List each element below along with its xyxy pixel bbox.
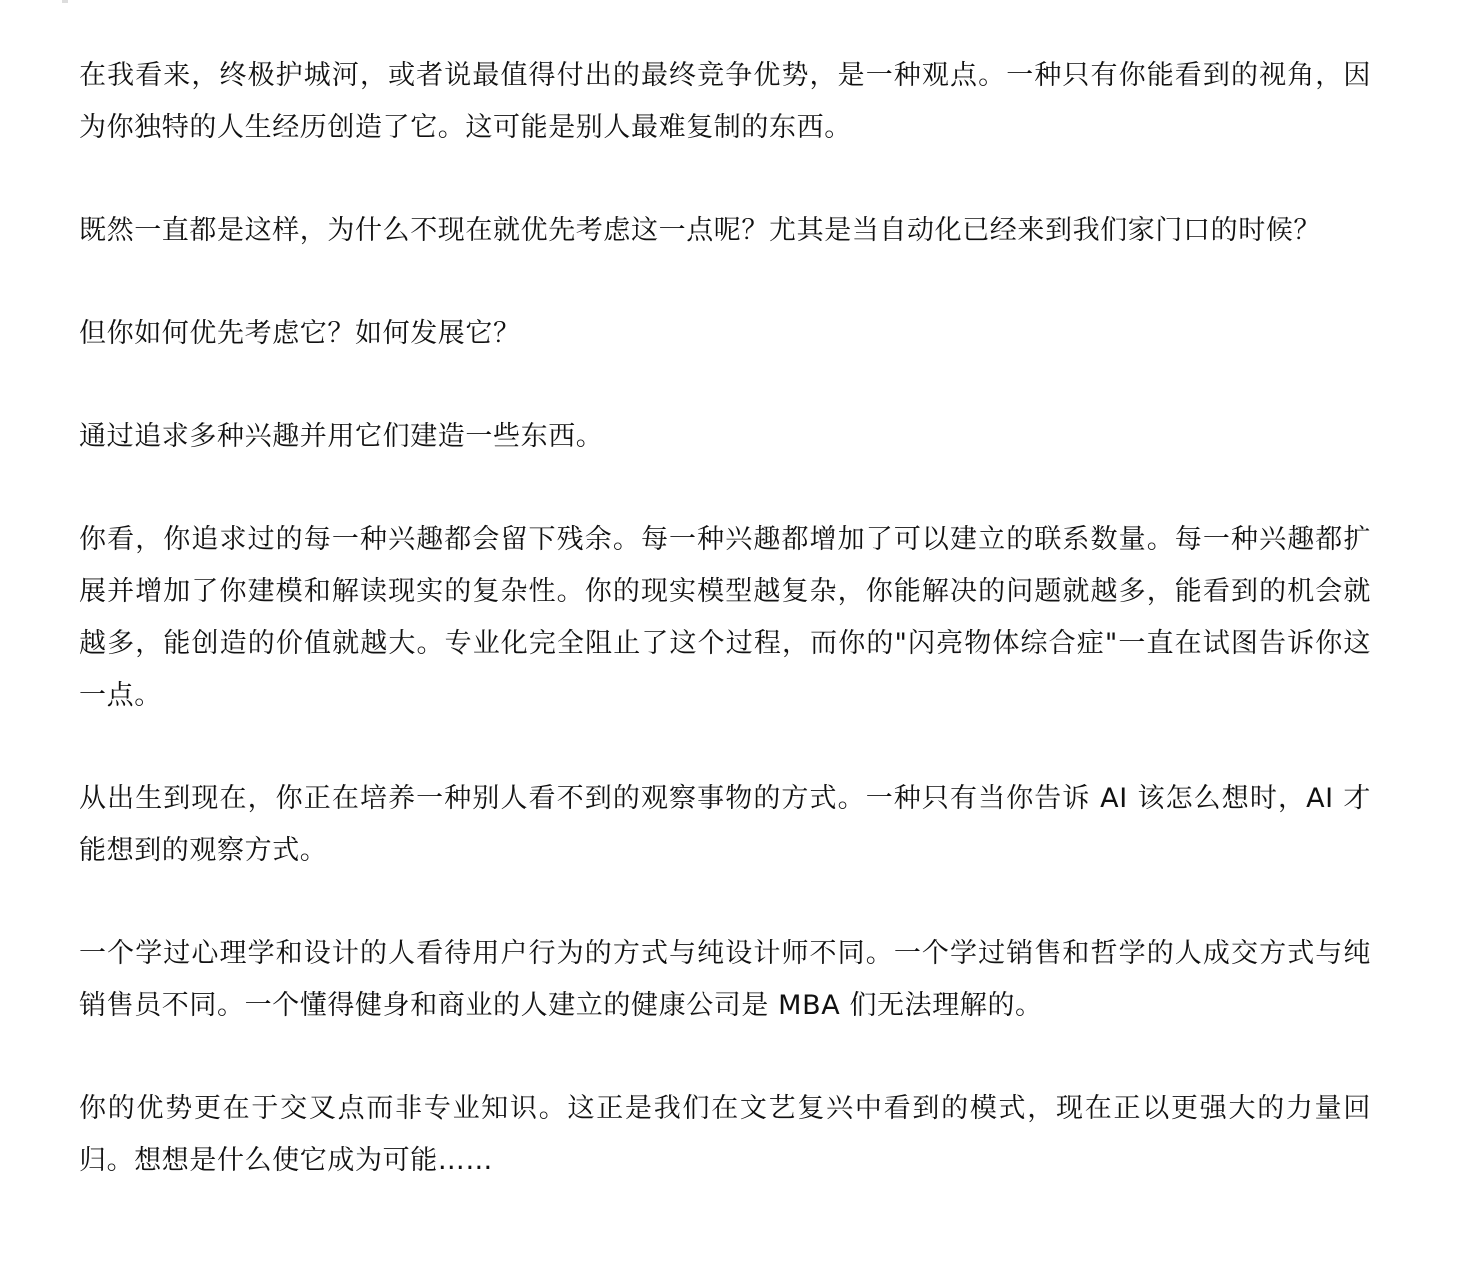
paragraph-how-to-prioritize: 但你如何优先考虑它？如何发展它？ — [79, 308, 1371, 360]
paragraph-interest-residue: 你看，你追求过的每一种兴趣都会留下残余。每一种兴趣都增加了可以建立的联系数量。每… — [79, 514, 1371, 722]
paragraph-way-of-seeing: 从出生到现在，你正在培养一种别人看不到的观察事物的方式。一种只有当你告诉 AI … — [79, 773, 1371, 877]
paragraph-intersection-examples: 一个学过心理学和设计的人看待用户行为的方式与纯设计师不同。一个学过销售和哲学的人… — [79, 928, 1371, 1032]
scroll-indicator — [62, 0, 68, 3]
paragraph-ultimate-moat: 在我看来，终极护城河，或者说最值得付出的最终竞争优势，是一种观点。一种只有你能看… — [79, 50, 1371, 154]
paragraph-why-not-now: 既然一直都是这样，为什么不现在就优先考虑这一点呢？尤其是当自动化已经来到我们家门… — [79, 205, 1371, 257]
paragraph-renaissance: 你的优势更在于交叉点而非专业知识。这正是我们在文艺复兴中看到的模式，现在正以更强… — [79, 1083, 1371, 1187]
article-body: 在我看来，终极护城河，或者说最值得付出的最终竞争优势，是一种观点。一种只有你能看… — [79, 50, 1371, 1238]
paragraph-pursue-interests: 通过追求多种兴趣并用它们建造一些东西。 — [79, 411, 1371, 463]
